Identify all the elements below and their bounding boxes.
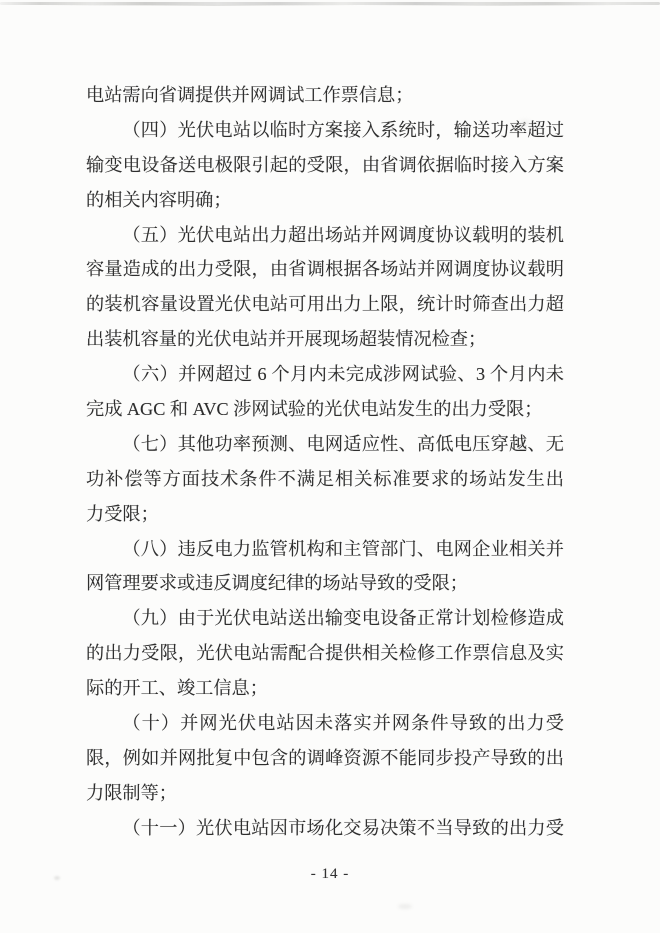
document-page: 电站需向省调提供并网调试工作票信息； （四）光伏电站以临时方案接入系统时，输送功… — [0, 0, 660, 933]
body-line: （四）光伏电站以临时方案接入系统时，输送功率超过 — [86, 113, 564, 148]
scan-smudge — [398, 904, 412, 909]
scan-smudge — [520, 120, 530, 126]
page-number: - 14 - — [0, 866, 660, 883]
body-line: 力限制等； — [86, 776, 564, 811]
body-line: （六）并网超过 6 个月内未完成涉网试验、3 个月内未 — [86, 357, 564, 392]
body-line: 完成 AGC 和 AVC 涉网试验的光伏电站发生的出力受限； — [86, 392, 564, 427]
body-line: 电站需向省调提供并网调试工作票信息； — [86, 78, 564, 113]
body-line: 的相关内容明确； — [86, 183, 564, 218]
body-line: 输变电设备送电极限引起的受限，由省调依据临时接入方案 — [86, 148, 564, 183]
body-line: 际的开工、竣工信息； — [86, 671, 564, 706]
body-line: （七）其他功率预测、电网适应性、高低电压穿越、无 — [86, 427, 564, 462]
body-line: （十）并网光伏电站因未落实并网条件导致的出力受 — [86, 706, 564, 741]
body-line: 容量造成的出力受限，由省调根据各场站并网调度协议载明 — [86, 252, 564, 287]
body-line: （九）由于光伏电站送出输变电设备正常计划检修造成 — [86, 601, 564, 636]
body-line: （五）光伏电站出力超出场站并网调度协议载明的装机 — [86, 218, 564, 253]
body-line: 网管理要求或违反调度纪律的场站导致的受限； — [86, 566, 564, 601]
body-line: 的装机容量设置光伏电站可用出力上限，统计时筛查出力超 — [86, 287, 564, 322]
document-body: 电站需向省调提供并网调试工作票信息； （四）光伏电站以临时方案接入系统时，输送功… — [86, 78, 564, 846]
body-line: 限，例如并网批复中包含的调峰资源不能同步投产导致的出 — [86, 741, 564, 776]
body-line: （十一）光伏电站因市场化交易决策不当导致的出力受 — [86, 811, 564, 846]
body-line: （八）违反电力监管机构和主管部门、电网企业相关并 — [86, 532, 564, 567]
scan-smudge — [54, 876, 60, 880]
scan-edge-artifact — [0, 2, 660, 5]
body-line: 功补偿等方面技术条件不满足相关标准要求的场站发生出 — [86, 462, 564, 497]
body-line: 的出力受限，光伏电站需配合提供相关检修工作票信息及实 — [86, 636, 564, 671]
body-line: 力受限； — [86, 497, 564, 532]
body-line: 出装机容量的光伏电站并开展现场超装情况检查； — [86, 322, 564, 357]
